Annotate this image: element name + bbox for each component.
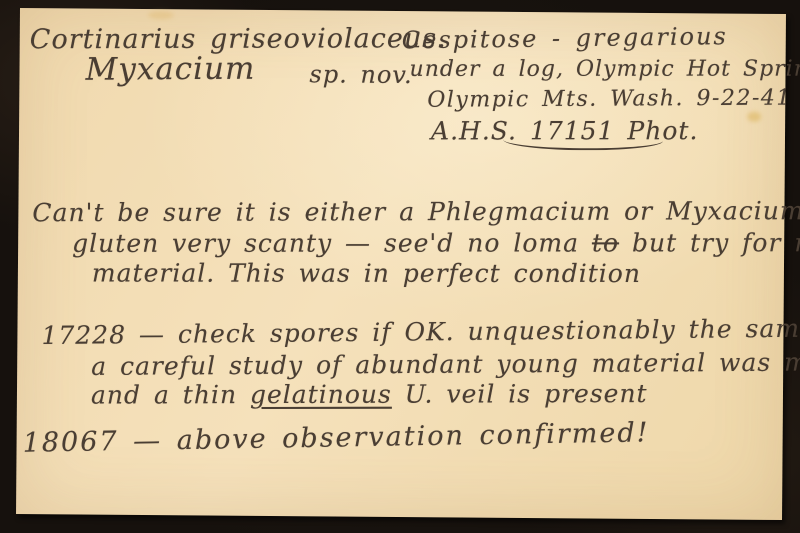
spore-check-note-line-3-cont: U. veil is present — [392, 379, 648, 409]
determination-note-line-2: gluten very scanty — see'd no loma to bu… — [72, 228, 800, 258]
confirmation-note: 18067 — above observation confirmed! — [22, 417, 649, 458]
card-stain — [148, 11, 174, 19]
spore-check-note-line-3-text: and a thin — [91, 380, 250, 409]
determination-note-line-2-text: gluten very scanty — see'd no loma — [72, 228, 592, 257]
spore-check-note-line-1: 17228 — check spores if OK. unquestionab… — [41, 313, 800, 350]
sp-nov-label: sp. nov. — [309, 60, 412, 89]
gelatinous-underlined-word: gelatinous — [250, 380, 392, 409]
habitat-note: under a log, Olympic Hot Springs — [410, 57, 800, 82]
subgenus-name: Myxacium — [85, 51, 255, 88]
determination-note-line-3: material. This was in perfect condition — [92, 258, 641, 287]
underline-flourish — [503, 136, 663, 150]
habit-note: Cespitose - gregarious — [402, 22, 728, 54]
spore-check-note-line-3: and a thin gelatinous U. veil is present — [91, 379, 648, 409]
determination-note-line-1: Can't be sure it is either a Phlegmacium… — [32, 196, 800, 227]
spore-check-note-line-2: a careful study of abundant young materi… — [91, 347, 800, 381]
determination-note-line-2-cont: but try for more — [619, 228, 800, 257]
collector-line: A.H.S. 17151 Phot. — [431, 116, 698, 145]
struck-word: to — [592, 228, 619, 257]
index-card: Cortinarius griseoviolaceus. Myxacium sp… — [16, 8, 786, 520]
card-stain — [747, 112, 761, 122]
locality-date-note: Olympic Mts. Wash. 9-22-41 — [427, 86, 792, 113]
